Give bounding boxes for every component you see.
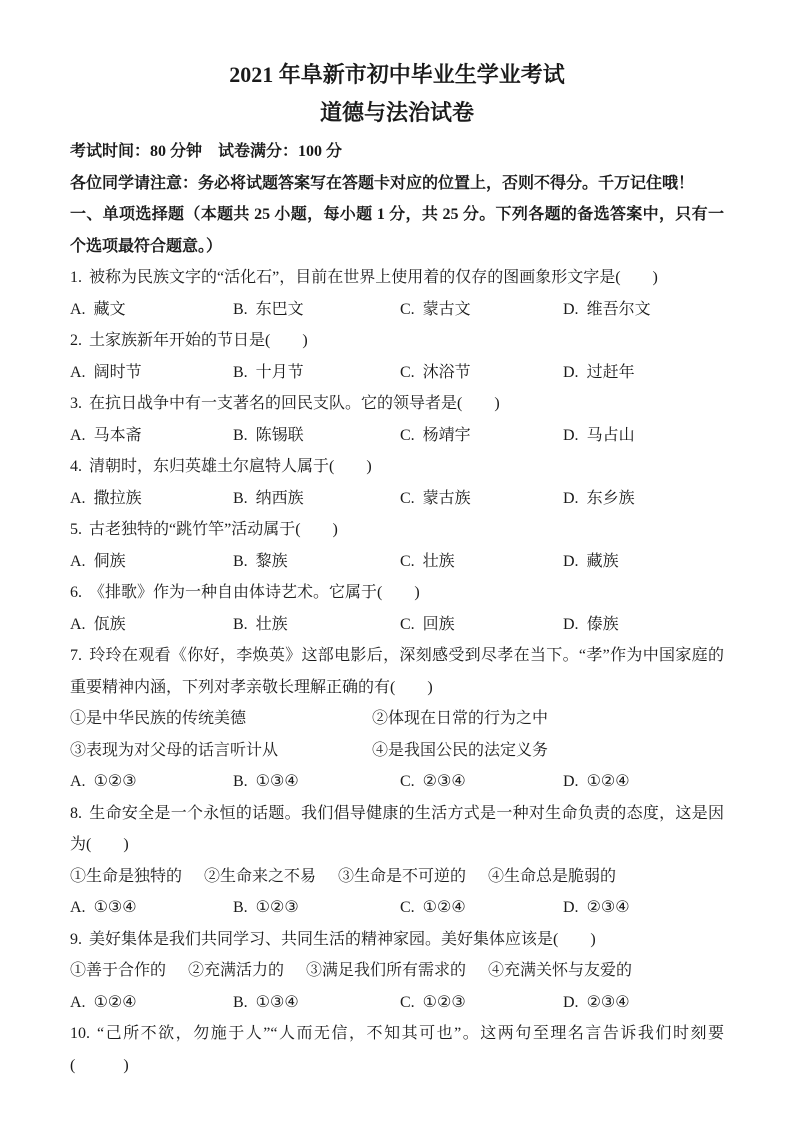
page-title: 2021 年阜新市初中毕业生学业考试: [70, 58, 724, 92]
option-text: ②③④: [587, 899, 630, 916]
question-number: 7.: [70, 647, 82, 664]
sub-option-1: ①生命是独特的: [70, 861, 182, 893]
options-row: A.①②④ B.①③④ C.①②③ D.②③④: [70, 987, 724, 1019]
option-d: D.①②④: [563, 766, 724, 798]
options-row: A.①③④ B.①②③ C.①②④ D.②③④: [70, 892, 724, 924]
option-text: ①②④: [423, 899, 466, 916]
option-b: B.①③④: [233, 987, 400, 1019]
option-a: A.侗族: [70, 546, 233, 578]
options-row: A.阔时节 B.十月节 C.沐浴节 D.过赶年: [70, 357, 724, 389]
sub-options: ①生命是独特的 ②生命来之不易 ③生命是不可逆的 ④生命总是脆弱的: [70, 861, 724, 893]
option-a: A.马本斋: [70, 420, 233, 452]
options-row: A.①②③ B.①③④ C.②③④ D.①②④: [70, 766, 724, 798]
option-d: D.②③④: [563, 987, 724, 1019]
option-c: C.回族: [400, 609, 563, 641]
question-2: 2.土家族新年开始的节日是( ) A.阔时节 B.十月节 C.沐浴节 D.过赶年: [70, 325, 724, 388]
option-text: ①③④: [94, 899, 137, 916]
question-text: 4.清朝时，东归英雄土尔扈特人属于( ): [70, 451, 724, 483]
question-body: 玲玲在观看《你好，李焕英》这部电影后，深刻感受到尽孝在当下。“孝”作为中国家庭的…: [70, 647, 724, 696]
option-text: 藏文: [94, 301, 126, 318]
question-number: 3.: [70, 395, 82, 412]
option-a: A.①②④: [70, 987, 233, 1019]
option-text: 维吾尔文: [587, 301, 651, 318]
option-text: ②③④: [423, 773, 466, 790]
sub-option-3: ③表现为对父母的话言听计从: [70, 735, 372, 767]
option-text: 杨靖宇: [423, 427, 471, 444]
option-text: ①②④: [587, 773, 630, 790]
sub-option-4: ④充满关怀与友爱的: [488, 955, 632, 987]
option-c: C.蒙古文: [400, 294, 563, 326]
question-6: 6.《排歌》作为一种自由体诗艺术。它属于( ) A.佤族 B.壮族 C.回族 D…: [70, 577, 724, 640]
option-text: 蒙古文: [423, 301, 471, 318]
sub-options: ①善于合作的 ②充满活力的 ③满足我们所有需求的 ④充满关怀与友爱的: [70, 955, 724, 987]
option-c: C.①②④: [400, 892, 563, 924]
question-9: 9.美好集体是我们共同学习、共同生活的精神家园。美好集体应该是( ) ①善于合作…: [70, 924, 724, 1019]
option-text: 藏族: [587, 553, 619, 570]
option-text: 马本斋: [94, 427, 142, 444]
question-1: 1.被称为民族文字的“活化石”，目前在世界上使用着的仅存的图画象形文字是( ) …: [70, 262, 724, 325]
option-text: ①②③: [94, 773, 137, 790]
question-4: 4.清朝时，东归英雄土尔扈特人属于( ) A.撒拉族 B.纳西族 C.蒙古族 D…: [70, 451, 724, 514]
question-8: 8.生命安全是一个永恒的话题。我们倡导健康的生活方式是一种对生命负责的态度，这是…: [70, 798, 724, 924]
option-text: 侗族: [94, 553, 126, 570]
sub-option-4: ④生命总是脆弱的: [488, 861, 616, 893]
section-heading: 一、单项选择题（本题共 25 小题，每小题 1 分，共 25 分。下列各题的备选…: [70, 199, 724, 262]
option-text: ①②③: [256, 899, 299, 916]
option-text: 回族: [423, 616, 455, 633]
option-text: ①②④: [94, 994, 137, 1011]
question-body: 被称为民族文字的“活化石”，目前在世界上使用着的仅存的图画象形文字是( ): [89, 269, 658, 286]
option-text: 壮族: [423, 553, 455, 570]
option-d: D.马占山: [563, 420, 724, 452]
options-row: A.佤族 B.壮族 C.回族 D.傣族: [70, 609, 724, 641]
question-number: 8.: [70, 805, 82, 822]
sub-option-1: ①善于合作的: [70, 955, 166, 987]
option-text: 过赶年: [587, 364, 635, 381]
options-row: A.藏文 B.东巴文 C.蒙古文 D.维吾尔文: [70, 294, 724, 326]
options-row: A.侗族 B.黎族 C.壮族 D.藏族: [70, 546, 724, 578]
question-text: 5.古老独特的“跳竹竿”活动属于( ): [70, 514, 724, 546]
sub-option-3: ③满足我们所有需求的: [306, 955, 466, 987]
question-text: 8.生命安全是一个永恒的话题。我们倡导健康的生活方式是一种对生命负责的态度，这是…: [70, 798, 724, 861]
option-c: C.①②③: [400, 987, 563, 1019]
question-body: 生命安全是一个永恒的话题。我们倡导健康的生活方式是一种对生命负责的态度，这是因为…: [70, 805, 724, 854]
option-c: C.②③④: [400, 766, 563, 798]
option-text: 蒙古族: [423, 490, 471, 507]
exam-info: 考试时间：80 分钟 试卷满分：100 分: [70, 136, 724, 168]
options-row: A.马本斋 B.陈锡联 C.杨靖宇 D.马占山: [70, 420, 724, 452]
option-text: ①③④: [256, 773, 299, 790]
sub-option-1: ①是中华民族的传统美德: [70, 703, 372, 735]
option-text: 东乡族: [587, 490, 635, 507]
option-a: A.佤族: [70, 609, 233, 641]
option-d: D.维吾尔文: [563, 294, 724, 326]
option-b: B.①③④: [233, 766, 400, 798]
question-3: 3.在抗日战争中有一支著名的回民支队。它的领导者是( ) A.马本斋 B.陈锡联…: [70, 388, 724, 451]
option-a: A.①③④: [70, 892, 233, 924]
option-text: ②③④: [587, 994, 630, 1011]
option-c: C.沐浴节: [400, 357, 563, 389]
page-subtitle: 道德与法治试卷: [70, 96, 724, 130]
sub-option-2: ②充满活力的: [188, 955, 284, 987]
question-7: 7.玲玲在观看《你好，李焕英》这部电影后，深刻感受到尽孝在当下。“孝”作为中国家…: [70, 640, 724, 798]
option-a: A.藏文: [70, 294, 233, 326]
question-text: 9.美好集体是我们共同学习、共同生活的精神家园。美好集体应该是( ): [70, 924, 724, 956]
option-b: B.东巴文: [233, 294, 400, 326]
exam-paper-page: 2021 年阜新市初中毕业生学业考试 道德与法治试卷 考试时间：80 分钟 试卷…: [0, 0, 793, 1122]
option-text: 阔时节: [94, 364, 142, 381]
question-body: 《排歌》作为一种自由体诗艺术。它属于( ): [89, 584, 420, 601]
option-b: B.黎族: [233, 546, 400, 578]
option-d: D.傣族: [563, 609, 724, 641]
option-text: 东巴文: [256, 301, 304, 318]
option-text: 黎族: [256, 553, 288, 570]
question-number: 4.: [70, 458, 82, 475]
question-number: 10.: [70, 1025, 90, 1042]
question-text: 1.被称为民族文字的“活化石”，目前在世界上使用着的仅存的图画象形文字是( ): [70, 262, 724, 294]
option-a: A.阔时节: [70, 357, 233, 389]
sub-option-2: ②生命来之不易: [204, 861, 316, 893]
option-b: B.①②③: [233, 892, 400, 924]
option-a: A.①②③: [70, 766, 233, 798]
option-text: 陈锡联: [256, 427, 304, 444]
option-b: B.纳西族: [233, 483, 400, 515]
option-d: D.东乡族: [563, 483, 724, 515]
question-body: 美好集体是我们共同学习、共同生活的精神家园。美好集体应该是( ): [89, 931, 596, 948]
options-row: A.撒拉族 B.纳西族 C.蒙古族 D.东乡族: [70, 483, 724, 515]
option-d: D.过赶年: [563, 357, 724, 389]
question-text: 2.土家族新年开始的节日是( ): [70, 325, 724, 357]
option-c: C.杨靖宇: [400, 420, 563, 452]
option-text: 傣族: [587, 616, 619, 633]
option-text: 马占山: [587, 427, 635, 444]
option-text: ①②③: [423, 994, 466, 1011]
sub-option-4: ④是我国公民的法定义务: [372, 735, 724, 767]
question-body: “己所不欲，勿施于人”“人而无信，不知其可也”。这两句至理名言告诉我们时刻要( …: [70, 1025, 724, 1074]
option-text: 壮族: [256, 616, 288, 633]
question-number: 5.: [70, 521, 82, 538]
question-number: 9.: [70, 931, 82, 948]
sub-options: ①是中华民族的传统美德 ②体现在日常的行为之中 ③表现为对父母的话言听计从 ④是…: [70, 703, 724, 766]
option-b: B.壮族: [233, 609, 400, 641]
question-text: 3.在抗日战争中有一支著名的回民支队。它的领导者是( ): [70, 388, 724, 420]
option-a: A.撒拉族: [70, 483, 233, 515]
option-text: 沐浴节: [423, 364, 471, 381]
question-body: 清朝时，东归英雄土尔扈特人属于( ): [89, 458, 372, 475]
option-d: D.②③④: [563, 892, 724, 924]
option-text: 纳西族: [256, 490, 304, 507]
question-10: 10.“己所不欲，勿施于人”“人而无信，不知其可也”。这两句至理名言告诉我们时刻…: [70, 1018, 724, 1081]
question-number: 2.: [70, 332, 82, 349]
notice: 各位同学请注意：务必将试题答案写在答题卡对应的位置上，否则不得分。千万记住哦！: [70, 168, 724, 200]
option-b: B.十月节: [233, 357, 400, 389]
option-c: C.壮族: [400, 546, 563, 578]
option-text: 撒拉族: [94, 490, 142, 507]
question-body: 土家族新年开始的节日是( ): [89, 332, 308, 349]
question-number: 1.: [70, 269, 82, 286]
question-body: 古老独特的“跳竹竿”活动属于( ): [89, 521, 338, 538]
option-d: D.藏族: [563, 546, 724, 578]
question-number: 6.: [70, 584, 82, 601]
sub-option-3: ③生命是不可逆的: [338, 861, 466, 893]
question-5: 5.古老独特的“跳竹竿”活动属于( ) A.侗族 B.黎族 C.壮族 D.藏族: [70, 514, 724, 577]
option-text: 十月节: [256, 364, 304, 381]
option-c: C.蒙古族: [400, 483, 563, 515]
question-text: 10.“己所不欲，勿施于人”“人而无信，不知其可也”。这两句至理名言告诉我们时刻…: [70, 1018, 724, 1081]
option-b: B.陈锡联: [233, 420, 400, 452]
sub-option-2: ②体现在日常的行为之中: [372, 703, 724, 735]
option-text: 佤族: [94, 616, 126, 633]
option-text: ①③④: [256, 994, 299, 1011]
question-body: 在抗日战争中有一支著名的回民支队。它的领导者是( ): [89, 395, 500, 412]
question-text: 6.《排歌》作为一种自由体诗艺术。它属于( ): [70, 577, 724, 609]
question-text: 7.玲玲在观看《你好，李焕英》这部电影后，深刻感受到尽孝在当下。“孝”作为中国家…: [70, 640, 724, 703]
